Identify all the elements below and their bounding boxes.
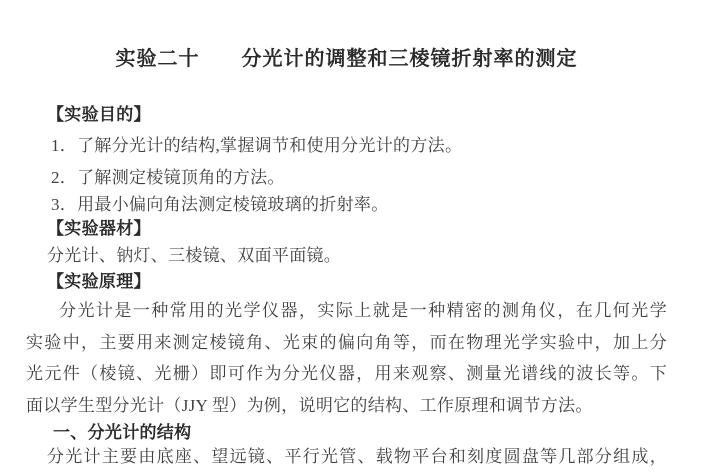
materials-text: 分光计、钠灯、三棱镜、双面平面镜。 <box>47 245 341 266</box>
purpose-item-3: 3．用最小偏向角法测定棱镜玻璃的折射率。 <box>51 194 389 215</box>
section-heading-structure: 一、分光计的结构 <box>53 422 191 443</box>
principle-line-2: 实验中，主要用来测定棱镜角、光束的偏向角等，而在物理光学实验中，加上分 <box>26 332 667 353</box>
document-page: 实验二十 分光计的调整和三棱镜折射率的测定 【实验目的】 1．了解分光计的结构,… <box>0 0 717 472</box>
section-heading-principle: 【实验原理】 <box>47 271 151 292</box>
purpose-item-1: 1．了解分光计的结构,掌握调节和使用分光计的方法。 <box>51 135 462 156</box>
structure-line-1: 分光计主要由底座、望远镜、平行光管、载物平台和刻度圆盘等几部分组成， <box>47 446 667 467</box>
section-heading-materials: 【实验器材】 <box>47 218 151 239</box>
document-title: 实验二十 分光计的调整和三棱镜折射率的测定 <box>26 42 667 71</box>
principle-line-1: 分光计是一种常用的光学仪器，实际上就是一种精密的测角仪，在几何光学 <box>26 300 667 321</box>
principle-line-3: 光元件（棱镜、光栅）即可作为分光仪器，用来观察、测量光谱线的波长等。下 <box>26 363 667 384</box>
section-heading-purpose: 【实验目的】 <box>47 104 151 125</box>
principle-line-4: 面以学生型分光计（JJY 型）为例，说明它的结构、工作原理和调节方法。 <box>26 395 593 416</box>
purpose-item-2: 2．了解测定棱镜顶角的方法。 <box>51 167 285 188</box>
